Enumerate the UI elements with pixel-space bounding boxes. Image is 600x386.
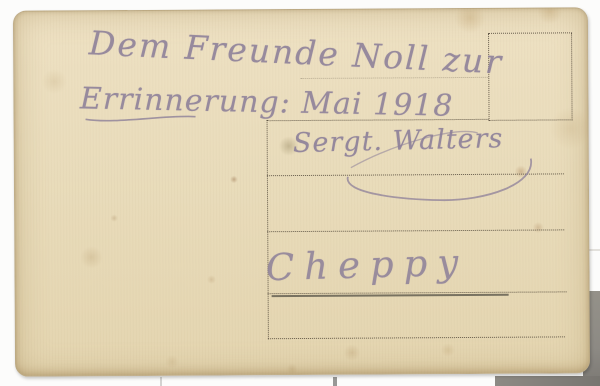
postcard-back: Dem Freunde Noll zur Errinnerung: Mai 19… xyxy=(13,7,590,377)
address-rule-1 xyxy=(267,173,564,176)
handwriting-recipient: Sergt. Walters xyxy=(293,123,504,159)
address-rule-4 xyxy=(268,336,565,339)
scanner-surface-bottom xyxy=(495,376,600,386)
handwriting-dedication-line2: Errinnerung: Mai 1918 xyxy=(80,81,454,123)
scanned-postcard-photo: Dem Freunde Noll zur Errinnerung: Mai 19… xyxy=(0,0,600,386)
divider-line xyxy=(267,120,269,339)
handwriting-dedication-line1: Dem Freunde Noll zur xyxy=(88,23,504,81)
pencil-underline xyxy=(272,294,509,297)
handwriting-place: Cheppy xyxy=(265,241,468,289)
address-rule-2 xyxy=(267,229,564,232)
shadow-smudge xyxy=(160,377,162,386)
shadow-smudge xyxy=(333,377,337,386)
